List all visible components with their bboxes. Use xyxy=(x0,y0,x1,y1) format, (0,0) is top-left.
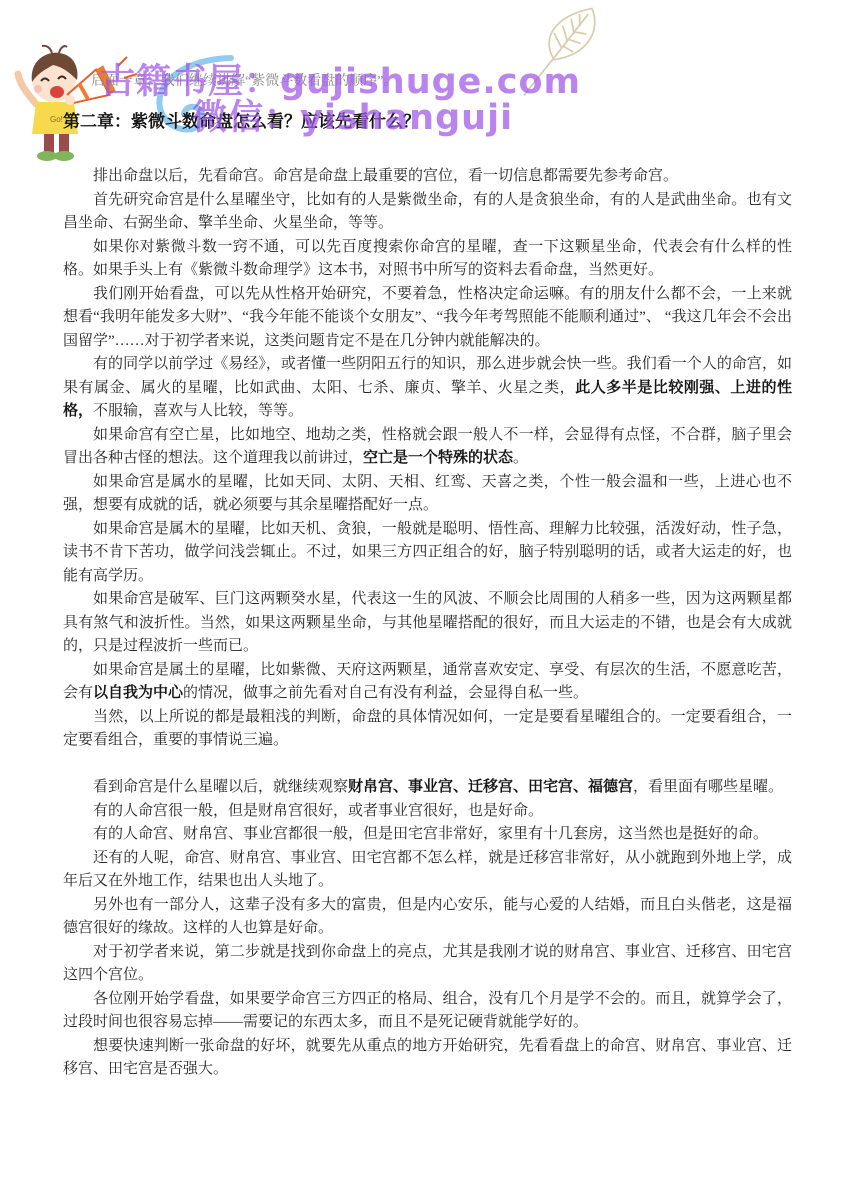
paragraph: 另外也有一部分人，这辈子没有多大的富贵，但是内心安乐，能与心爱的人结婚，而且白头… xyxy=(63,894,792,941)
paragraph: 我们刚开始看盘，可以先从性格开始研究，不要着急，性格决定命运嘛。有的朋友什么都不… xyxy=(63,283,792,354)
paragraph: 当然，以上所说的都是最粗浅的判断，命盘的具体情况如何，一定是要看星曜组合的。一定… xyxy=(63,706,792,753)
paragraph: 还有的人呢，命宫、财帛宫、事业宫、田宅宫都不怎么样，就是迁移宫非常好，从小就跑到… xyxy=(63,847,792,894)
paragraph: 各位刚开始学看盘，如果要学命宫三方四正的格局、组合，没有几个月是学不会的。而且，… xyxy=(63,988,792,1035)
paragraph: 如果命宫是破军、巨门这两颗癸水星，代表这一生的风波、不顺会比周围的人稍多一些，因… xyxy=(63,588,792,659)
document-page: Go! xyxy=(0,0,851,1183)
paragraph: 想要快速判断一张命盘的好坏，就要先从重点的地方开始研究，先看看盘上的命宫、财帛宫… xyxy=(63,1035,792,1082)
paragraph: 有的人命宫、财帛宫、事业宫都很一般，但是田宅宫非常好，家里有十几套房，这当然也是… xyxy=(63,823,792,847)
content: 排出命盘以后，先看命宫。命宫是命盘上最重要的宫位，看一切信息都需要先参考命宫。首… xyxy=(63,165,792,1082)
paragraph: 如果命宫是属木的星曜，比如天机、贪狼，一般就是聪明、悟性高、理解力比较强，活泼好… xyxy=(63,518,792,589)
paragraph: 如果你对紫微斗数一窍不通，可以先百度搜索你命宫的星曜，查一下这颗星坐命，代表会有… xyxy=(63,236,792,283)
svg-text:Go!: Go! xyxy=(50,115,63,124)
chapter-title: 第二章：紫微斗数命盘怎么看？应该先看什么？ xyxy=(63,107,823,132)
paragraph xyxy=(63,753,792,777)
leaf-sketch-icon xyxy=(520,2,610,107)
paragraph: 对于初学者来说，第二步就是找到你命盘上的亮点，尤其是我刚才说的财帛宫、事业宫、迁… xyxy=(63,941,792,988)
paragraph: 首先研究命宫是什么星曜坐守，比如有的人是紫微坐命，有的人是贪狼坐命，有的人是武曲… xyxy=(63,189,792,236)
paragraph: 如果命宫有空亡星，比如地空、地劫之类，性格就会跟一般人不一样，会显得有点怪，不合… xyxy=(63,424,792,471)
paragraph: 如果命宫是属土的星曜，比如紫微、天府这两颗星，通常喜欢安定、享受、有层次的生活，… xyxy=(63,659,792,706)
mascot-kid-megaphone-icon: Go! xyxy=(6,42,246,169)
paragraph: 看到命宫是什么星曜以后，就继续观察财帛宫、事业宫、迁移宫、田宅宫、福德宫，看里面… xyxy=(63,776,792,800)
paragraph: 如果命宫是属水的星曜，比如天同、太阴、天相、红鸾、天喜之类，个性一般会温和一些，… xyxy=(63,471,792,518)
paragraph: 有的同学以前学过《易经》，或者懂一些阴阳五行的知识，那么进步就会快一些。我们看一… xyxy=(63,353,792,424)
intro-line: 后面一章，我们继续讲解“紫微斗数看盘的顺序”。 xyxy=(63,70,763,90)
paragraph: 有的人命宫很一般，但是财帛宫很好，或者事业宫很好，也是好命。 xyxy=(63,800,792,824)
paragraph: 排出命盘以后，先看命宫。命宫是命盘上最重要的宫位，看一切信息都需要先参考命宫。 xyxy=(63,165,792,189)
